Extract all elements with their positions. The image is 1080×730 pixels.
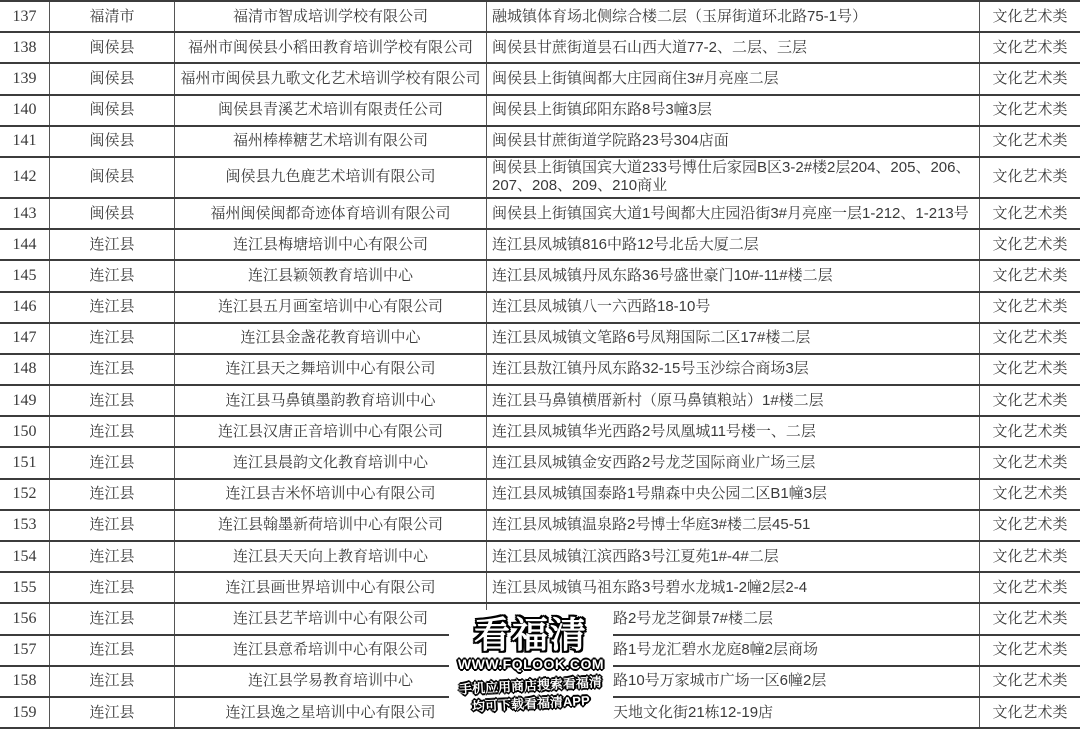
cell-company-name: 连江县画世界培训中心有限公司 [175,573,487,602]
table-row: 148连江县连江县天之舞培训中心有限公司连江县敖江镇丹凤东路32-15号玉沙综合… [0,355,1080,386]
cell-district: 连江县 [50,698,175,727]
cell-number: 154 [0,542,50,571]
cell-category: 文化艺术类 [980,230,1080,259]
cell-number: 142 [0,158,50,197]
cell-company-name: 连江县五月画室培训中心有限公司 [175,293,487,322]
cell-district: 连江县 [50,511,175,540]
cell-company-name: 福州棒棒糖艺术培训有限公司 [175,127,487,156]
cell-number: 138 [0,33,50,62]
cell-category: 文化艺术类 [980,127,1080,156]
cell-address: 闽侯县甘蔗街道昙石山西大道77-2、二层、三层 [487,33,980,62]
cell-number: 158 [0,667,50,696]
cell-company-name: 福州闽侯闽都奇迹体育培训有限公司 [175,199,487,228]
cell-category: 文化艺术类 [980,448,1080,477]
cell-category: 文化艺术类 [980,2,1080,31]
cell-category: 文化艺术类 [980,573,1080,602]
cell-company-name: 连江县马鼻镇墨韵教育培训中心 [175,386,487,415]
table-row: 145连江县连江县颖领教育培训中心连江县凤城镇丹凤东路36号盛世豪门10#-11… [0,261,1080,292]
cell-address: 连江县凤城镇华光西路2号凤凰城11号楼一、二层 [487,417,980,446]
table-row: 152连江县连江县吉米怀培训中心有限公司连江县凤城镇国泰路1号鼎森中央公园二区B… [0,480,1080,511]
cell-category: 文化艺术类 [980,604,1080,633]
cell-district: 连江县 [50,386,175,415]
cell-category: 文化艺术类 [980,324,1080,353]
cell-district: 闽侯县 [50,158,175,197]
table-row: 147连江县连江县金盏花教育培训中心连江县凤城镇文笔路6号凤翔国际二区17#楼二… [0,324,1080,355]
cell-number: 145 [0,261,50,290]
cell-number: 149 [0,386,50,415]
cell-district: 连江县 [50,604,175,633]
cell-number: 140 [0,96,50,125]
cell-district: 闽侯县 [50,33,175,62]
cell-address: 闽侯县上街镇国宾大道233号博仕后家园B区3-2#楼2层204、205、206、… [487,158,980,197]
cell-company-name: 福州市闽侯县小稻田教育培训学校有限公司 [175,33,487,62]
cell-company-name: 福清市智成培训学校有限公司 [175,2,487,31]
table-row: 140闽侯县闽侯县青溪艺术培训有限责任公司闽侯县上街镇邱阳东路8号3幢3层文化艺… [0,96,1080,127]
cell-number: 153 [0,511,50,540]
cell-company-name: 连江县梅塘培训中心有限公司 [175,230,487,259]
cell-district: 连江县 [50,230,175,259]
cell-number: 151 [0,448,50,477]
watermark-fqlook: 看福清 WWW.FQLOOK.COM 手机应用商店搜索看福清 均可下载看福清AP… [449,610,613,727]
cell-district: 连江县 [50,480,175,509]
cell-category: 文化艺术类 [980,417,1080,446]
cell-district: 闽侯县 [50,127,175,156]
cell-address: 连江县凤城镇金安西路2号龙芝国际商业广场三层 [487,448,980,477]
cell-district: 连江县 [50,448,175,477]
cell-category: 文化艺术类 [980,480,1080,509]
cell-district: 福清市 [50,2,175,31]
cell-district: 连江县 [50,667,175,696]
cell-address: 连江县凤城镇816中路12号北岳大厦二层 [487,230,980,259]
cell-category: 文化艺术类 [980,33,1080,62]
cell-address: 连江县凤城镇江滨西路3号江夏苑1#-4#二层 [487,542,980,571]
cell-company-name: 连江县吉米怀培训中心有限公司 [175,480,487,509]
table-row: 143闽侯县福州闽侯闽都奇迹体育培训有限公司闽侯县上街镇国宾大道1号闽都大庄园沿… [0,199,1080,230]
cell-category: 文化艺术类 [980,542,1080,571]
cell-address: 闽侯县上街镇闽都大庄园商住3#月亮座二层 [487,64,980,93]
cell-district: 连江县 [50,573,175,602]
table-row: 146连江县连江县五月画室培训中心有限公司连江县凤城镇八一六西路18-10号文化… [0,293,1080,324]
watermark-url: WWW.FQLOOK.COM [458,656,604,673]
table-row: 155连江县连江县画世界培训中心有限公司连江县凤城镇马祖东路3号碧水龙城1-2幢… [0,573,1080,604]
cell-company-name: 连江县学易教育培训中心 [175,667,487,696]
cell-number: 152 [0,480,50,509]
cell-district: 闽侯县 [50,96,175,125]
cell-address: 连江县凤城镇文笔路6号凤翔国际二区17#楼二层 [487,324,980,353]
table-row: 151连江县连江县晨韵文化教育培训中心连江县凤城镇金安西路2号龙芝国际商业广场三… [0,448,1080,479]
cell-district: 连江县 [50,355,175,384]
table-row: 150连江县连江县汉唐正音培训中心有限公司连江县凤城镇华光西路2号凤凰城11号楼… [0,417,1080,448]
cell-address: 连江县马鼻镇横厝新村（原马鼻镇粮站）1#楼二层 [487,386,980,415]
cell-number: 150 [0,417,50,446]
cell-category: 文化艺术类 [980,64,1080,93]
watermark-line2: 均可下载看福清APP [472,693,590,715]
table-row: 139闽侯县福州市闽侯县九歌文化艺术培训学校有限公司闽侯县上街镇闽都大庄园商住3… [0,64,1080,95]
cell-district: 连江县 [50,417,175,446]
cell-number: 144 [0,230,50,259]
cell-category: 文化艺术类 [980,199,1080,228]
cell-district: 连江县 [50,324,175,353]
cell-category: 文化艺术类 [980,293,1080,322]
cell-number: 147 [0,324,50,353]
cell-category: 文化艺术类 [980,261,1080,290]
cell-category: 文化艺术类 [980,158,1080,197]
cell-company-name: 连江县天之舞培训中心有限公司 [175,355,487,384]
cell-company-name: 连江县翰墨新荷培训中心有限公司 [175,511,487,540]
cell-address: 闽侯县上街镇国宾大道1号闽都大庄园沿街3#月亮座一层1-212、1-213号 [487,199,980,228]
cell-address: 闽侯县甘蔗街道学院路23号304店面 [487,127,980,156]
cell-company-name: 闽侯县青溪艺术培训有限责任公司 [175,96,487,125]
cell-address: 连江县凤城镇温泉路2号博士华庭3#楼二层45-51 [487,511,980,540]
watermark-title: 看福清 [474,614,588,656]
cell-district: 闽侯县 [50,199,175,228]
cell-category: 文化艺术类 [980,636,1080,665]
cell-company-name: 闽侯县九色鹿艺术培训有限公司 [175,158,487,197]
cell-district: 连江县 [50,293,175,322]
cell-district: 连江县 [50,636,175,665]
cell-category: 文化艺术类 [980,96,1080,125]
cell-category: 文化艺术类 [980,698,1080,727]
cell-company-name: 福州市闽侯县九歌文化艺术培训学校有限公司 [175,64,487,93]
cell-category: 文化艺术类 [980,511,1080,540]
cell-number: 141 [0,127,50,156]
cell-address: 连江县凤城镇马祖东路3号碧水龙城1-2幢2层2-4 [487,573,980,602]
cell-number: 155 [0,573,50,602]
cell-company-name: 连江县晨韵文化教育培训中心 [175,448,487,477]
cell-company-name: 连江县汉唐正音培训中心有限公司 [175,417,487,446]
cell-number: 157 [0,636,50,665]
cell-district: 连江县 [50,261,175,290]
cell-company-name: 连江县意希培训中心有限公司 [175,636,487,665]
cell-company-name: 连江县天天向上教育培训中心 [175,542,487,571]
table-row: 154连江县连江县天天向上教育培训中心连江县凤城镇江滨西路3号江夏苑1#-4#二… [0,542,1080,573]
cell-company-name: 连江县颖领教育培训中心 [175,261,487,290]
table-row: 137福清市福清市智成培训学校有限公司融城镇体育场北侧综合楼二层（玉屏街道环北路… [0,2,1080,33]
cell-category: 文化艺术类 [980,355,1080,384]
cell-address: 连江县敖江镇丹凤东路32-15号玉沙综合商场3层 [487,355,980,384]
cell-company-name: 连江县逸之星培训中心有限公司 [175,698,487,727]
cell-address: 连江县凤城镇国泰路1号鼎森中央公园二区B1幢3层 [487,480,980,509]
cell-address: 连江县凤城镇八一六西路18-10号 [487,293,980,322]
cell-category: 文化艺术类 [980,667,1080,696]
cell-number: 139 [0,64,50,93]
table-row: 153连江县连江县翰墨新荷培训中心有限公司连江县凤城镇温泉路2号博士华庭3#楼二… [0,511,1080,542]
cell-address: 融城镇体育场北侧综合楼二层（玉屏街道环北路75-1号） [487,2,980,31]
cell-number: 156 [0,604,50,633]
cell-number: 148 [0,355,50,384]
cell-district: 闽侯县 [50,64,175,93]
table-row: 138闽侯县福州市闽侯县小稻田教育培训学校有限公司闽侯县甘蔗街道昙石山西大道77… [0,33,1080,64]
cell-number: 143 [0,199,50,228]
cell-company-name: 连江县金盏花教育培训中心 [175,324,487,353]
table-row: 141闽侯县福州棒棒糖艺术培训有限公司闽侯县甘蔗街道学院路23号304店面文化艺… [0,127,1080,158]
cell-number: 146 [0,293,50,322]
cell-number: 159 [0,698,50,727]
table-row: 142闽侯县闽侯县九色鹿艺术培训有限公司闽侯县上街镇国宾大道233号博仕后家园B… [0,158,1080,199]
table-row: 149连江县连江县马鼻镇墨韵教育培训中心连江县马鼻镇横厝新村（原马鼻镇粮站）1#… [0,386,1080,417]
cell-address: 连江县凤城镇丹凤东路36号盛世豪门10#-11#楼二层 [487,261,980,290]
cell-company-name: 连江县艺芊培训中心有限公司 [175,604,487,633]
table-row: 144连江县连江县梅塘培训中心有限公司连江县凤城镇816中路12号北岳大厦二层文… [0,230,1080,261]
cell-district: 连江县 [50,542,175,571]
cell-category: 文化艺术类 [980,386,1080,415]
cell-address: 闽侯县上街镇邱阳东路8号3幢3层 [487,96,980,125]
cell-number: 137 [0,2,50,31]
